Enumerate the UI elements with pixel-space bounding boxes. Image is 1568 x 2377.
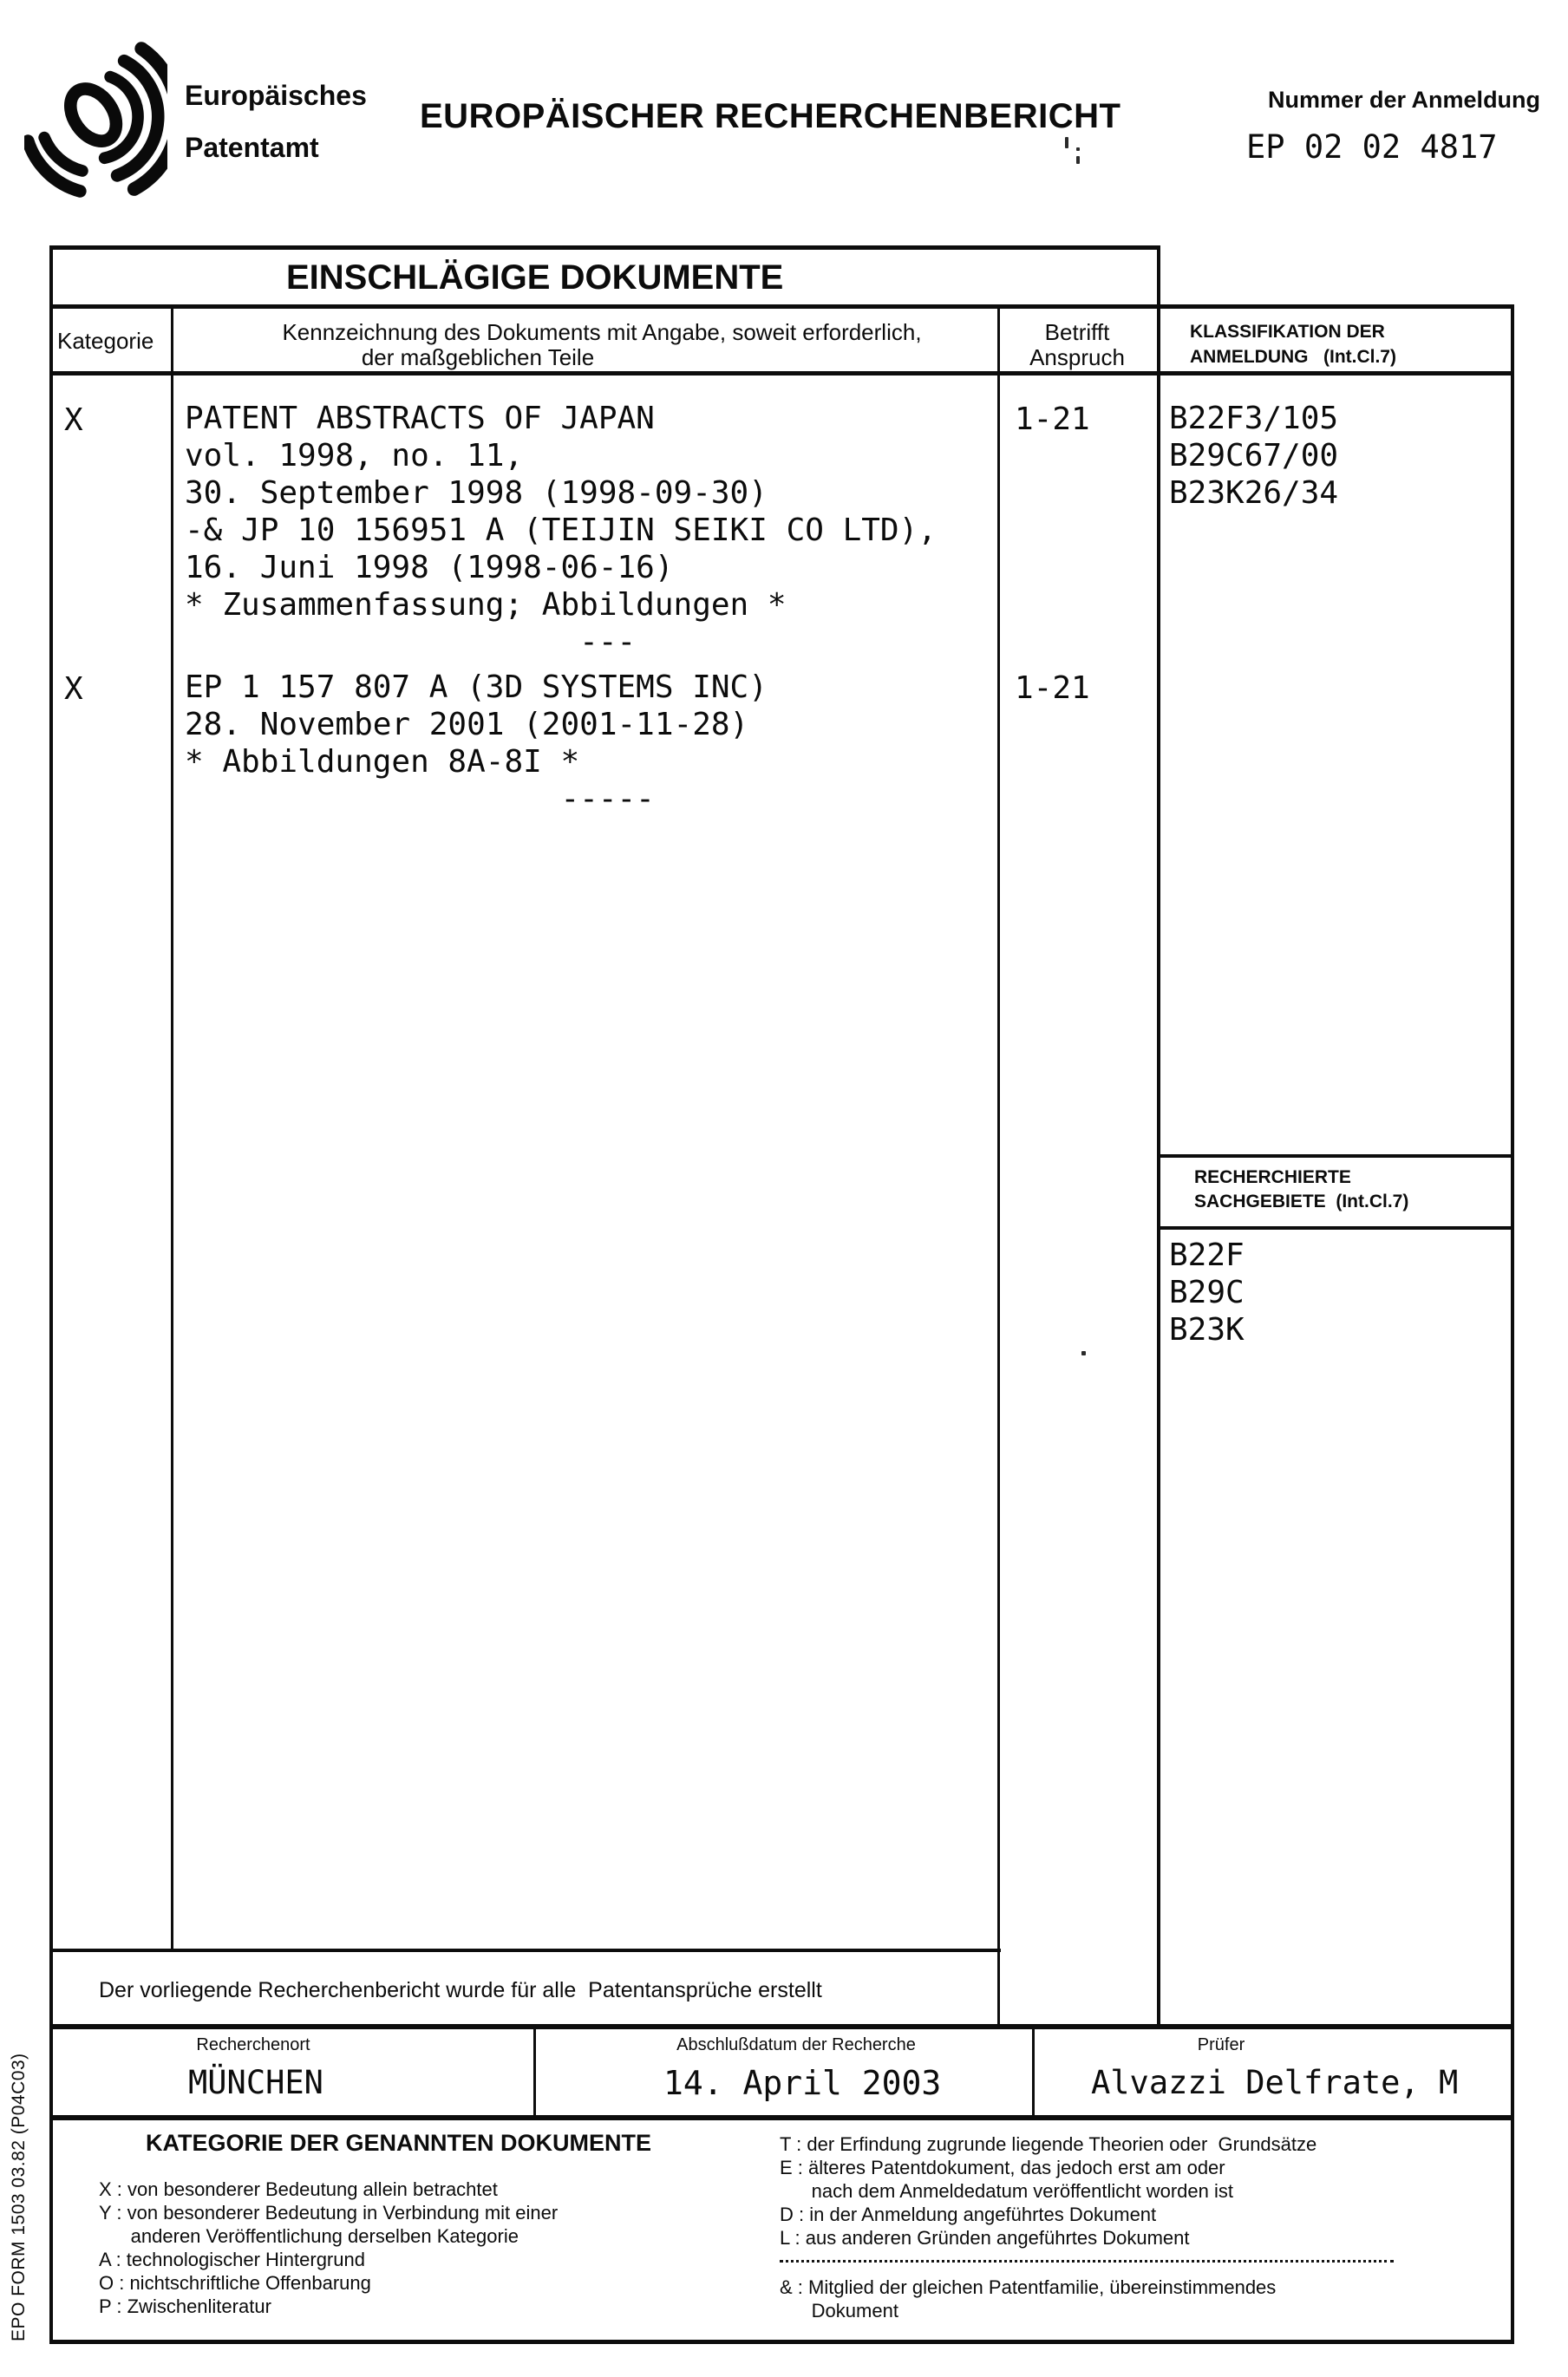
table-border [49, 304, 1514, 309]
scan-artifact [1076, 147, 1080, 151]
table-title: EINSCHLÄGIGE DOKUMENTE [286, 258, 783, 297]
search-report-page: Europäisches Patentamt EUROPÄISCHER RECH… [0, 0, 1568, 2377]
search-place-value: MÜNCHEN [188, 2064, 323, 2101]
table-border [1157, 1226, 1514, 1230]
column-header-classification-line2: ANMELDUNG (Int.Cl.7) [1190, 347, 1396, 368]
column-header-category: Kategorie [57, 328, 154, 355]
table-border [1157, 245, 1160, 2029]
searched-fields-header-line2: SACHGEBIETE (Int.Cl.7) [1194, 1192, 1408, 1212]
examiner-label: Prüfer [1198, 2035, 1245, 2055]
column-header-classification-line1: KLASSIFIKATION DER [1190, 322, 1385, 343]
column-header-citation-line1: Kennzeichnung des Dokuments mit Angabe, … [282, 319, 921, 346]
examiner-value: Alvazzi Delfrate, M [1091, 2064, 1458, 2101]
column-header-citation-line2: der maßgeblichen Teile [362, 344, 594, 371]
table-border [1032, 2024, 1035, 2119]
legend-family-note: & : Mitglied der gleichen Patentfamilie,… [780, 2276, 1276, 2322]
table-border [49, 2340, 1514, 2344]
legend-right-items: T : der Erfindung zugrunde liegende Theo… [780, 2132, 1316, 2250]
searched-fields-header-line1: RECHERCHIERTE [1194, 1167, 1351, 1188]
scan-artifact [1081, 1351, 1086, 1355]
table-border [49, 245, 53, 2344]
entry-claims: 1-21 [1015, 402, 1090, 437]
search-date-value: 14. April 2003 [663, 2064, 941, 2102]
table-border [1511, 304, 1514, 2344]
entry-citation: EP 1 157 807 A (3D SYSTEMS INC) 28. Nove… [185, 669, 768, 818]
legend-divider [780, 2260, 1394, 2263]
searched-fields-codes: B22F B29C B23K [1169, 1237, 1245, 1348]
scan-artifact [1076, 156, 1080, 164]
column-header-claims-line2: Anspruch [1029, 344, 1125, 371]
table-border [997, 304, 1000, 2029]
scan-artifact [1065, 137, 1068, 148]
entry-citation: PATENT ABSTRACTS OF JAPAN vol. 1998, no.… [185, 400, 937, 661]
entry-category: X [64, 670, 83, 708]
column-header-claims-line1: Betrifft [1045, 319, 1110, 346]
table-border [49, 245, 1160, 250]
table-border [49, 371, 1514, 375]
classification-codes: B22F3/105 B29C67/00 B23K26/34 [1169, 400, 1338, 512]
search-date-label: Abschlußdatum der Recherche [676, 2035, 916, 2055]
table-border [1157, 1154, 1514, 1158]
legend-title: KATEGORIE DER GENANNTEN DOKUMENTE [146, 2130, 651, 2157]
office-name-line1: Europäisches [185, 80, 367, 112]
table-border [49, 2024, 1514, 2029]
completion-note: Der vorliegende Recherchenbericht wurde … [99, 1978, 822, 2003]
table-border [171, 304, 173, 1952]
application-number: EP 02 02 4817 [1246, 128, 1498, 166]
table-border [49, 1949, 1001, 1952]
form-id: EPO FORM 1503 03.82 (P04C03) [9, 2053, 29, 2341]
table-border [49, 2115, 1514, 2120]
entry-category: X [64, 402, 83, 439]
legend-left-items: X : von besonderer Bedeutung allein betr… [99, 2178, 558, 2318]
application-number-label: Nummer der Anmeldung [1268, 87, 1540, 114]
search-place-label: Recherchenort [196, 2035, 310, 2055]
office-name-line2: Patentamt [185, 132, 319, 164]
entry-claims: 1-21 [1015, 670, 1090, 706]
table-border [533, 2024, 536, 2119]
report-title: EUROPÄISCHER RECHERCHENBERICHT [420, 97, 1120, 136]
epo-logo-icon [24, 28, 167, 206]
